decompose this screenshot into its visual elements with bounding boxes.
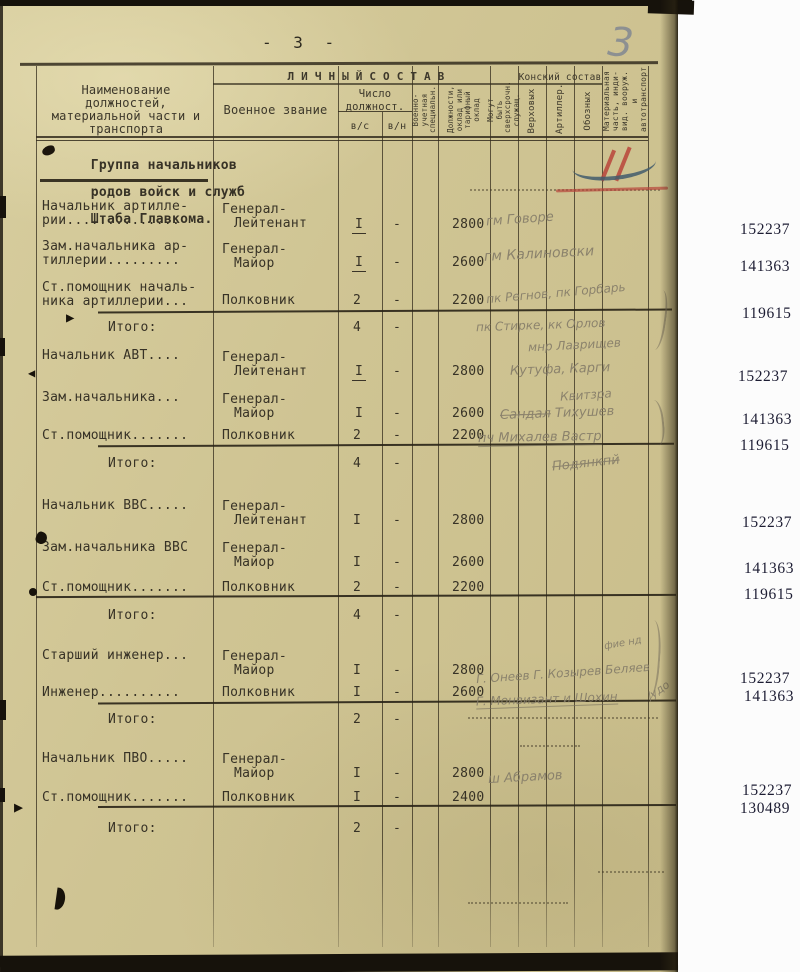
dotted-mark bbox=[468, 717, 658, 719]
total-vs: 2 bbox=[353, 713, 361, 727]
row-position: Ст.помощник....... bbox=[42, 581, 188, 595]
pencil-annotation: Сандал Тихушев bbox=[500, 404, 615, 423]
row-count-vn: - bbox=[393, 294, 401, 308]
paper-sheet: - 3 - 3 Наименование должностей, материа… bbox=[0, 0, 678, 972]
dotted-mark bbox=[520, 745, 580, 747]
row-position: Начальник ПВО..... bbox=[42, 752, 188, 766]
row-count-vn: - bbox=[393, 218, 401, 232]
row-rank: Генерал- bbox=[222, 203, 287, 217]
ink-blot bbox=[55, 887, 67, 910]
total-label: Итого: bbox=[108, 609, 157, 623]
row-position: Начальник ВВС..... bbox=[42, 499, 188, 513]
column-header-salary: Должности, оклад или тарифный оклад bbox=[438, 86, 490, 134]
section-separator bbox=[98, 308, 672, 313]
row-position: Зам.начальника ар-тиллерии......... bbox=[42, 240, 188, 267]
row-count-vn: - bbox=[393, 514, 401, 528]
row-position: Зам.начальника... bbox=[42, 391, 180, 405]
row-count-vn: - bbox=[393, 429, 401, 443]
total-vn: - bbox=[393, 713, 401, 727]
row-position: Ст.помощник....... bbox=[42, 429, 188, 443]
row-rank: Генерал- bbox=[222, 542, 287, 556]
row-count-vn: - bbox=[393, 664, 401, 678]
paper-edge-line bbox=[0, 6, 3, 956]
header-bottom-rule bbox=[36, 136, 648, 138]
row-count-vs: I bbox=[355, 256, 366, 272]
column-header-riding-horses: Верховых bbox=[518, 88, 546, 134]
pencil-annotation: фие нд bbox=[603, 635, 642, 652]
margin-number: 141363 bbox=[744, 560, 794, 578]
margin-number: 152237 bbox=[742, 782, 792, 800]
row-count-vs: I bbox=[353, 556, 361, 570]
row-count-vs: I bbox=[355, 218, 366, 234]
row-salary: 2800 bbox=[452, 514, 485, 528]
row-position: Старший инженер... bbox=[42, 649, 188, 663]
column-header-count-vs: в/с bbox=[338, 120, 382, 133]
row-salary: 2400 bbox=[452, 791, 485, 805]
row-count-vs: 2 bbox=[353, 294, 361, 308]
scan-edge-bottom bbox=[0, 952, 678, 972]
table-vline bbox=[338, 66, 339, 947]
margin-number: 152237 bbox=[740, 221, 790, 239]
row-count-vn: - bbox=[393, 767, 401, 781]
pencil-annotation: ш Абрамов bbox=[488, 768, 563, 787]
group-header-personnel: Л И Ч Н Ы Й С О С Т А В bbox=[216, 70, 516, 83]
table-vline bbox=[36, 66, 37, 947]
row-count-vs: 2 bbox=[353, 581, 361, 595]
row-count-vs: 2 bbox=[353, 429, 361, 443]
row-count-vn: - bbox=[393, 256, 401, 270]
row-rank: Майор bbox=[234, 556, 275, 570]
margin-number: 130489 bbox=[740, 800, 790, 818]
dotted-mark bbox=[598, 871, 664, 873]
row-salary: 2600 bbox=[452, 256, 485, 270]
total-label: Итого: bbox=[108, 713, 157, 727]
header-rule bbox=[338, 111, 412, 112]
margin-number: 119615 bbox=[740, 437, 790, 455]
ink-arrow: ◀ bbox=[28, 366, 35, 380]
margin-number: 119615 bbox=[744, 586, 794, 604]
group-title-line2: родов войск и служб bbox=[91, 185, 245, 200]
row-rank: Лейтенант bbox=[234, 365, 307, 379]
total-vn: - bbox=[393, 609, 401, 623]
row-rank: Майор bbox=[234, 407, 275, 421]
row-position: Инженер.......... bbox=[42, 686, 180, 700]
pencil-annotation: гм Говоре bbox=[486, 210, 555, 230]
column-header-extended-service: Могут быть сверхсрочн. служащ. bbox=[490, 86, 518, 134]
total-vn: - bbox=[393, 321, 401, 335]
row-rank: Генерал- bbox=[222, 351, 287, 365]
row-rank: Майор bbox=[234, 767, 275, 781]
table-vline bbox=[648, 66, 649, 947]
pencil-annotation: Подянкпй bbox=[551, 452, 620, 474]
row-count-vn: - bbox=[393, 365, 401, 379]
row-count-vs: I bbox=[355, 407, 363, 421]
row-count-vs: I bbox=[353, 791, 361, 805]
row-count-vn: - bbox=[393, 407, 401, 421]
row-rank: Генерал- bbox=[222, 753, 287, 767]
table-vline bbox=[490, 66, 491, 947]
row-rank: Полковник bbox=[222, 791, 295, 805]
row-salary: 2200 bbox=[452, 581, 485, 595]
row-position: Начальник артилле-рии.............. bbox=[42, 200, 188, 227]
total-vs: 4 bbox=[353, 609, 361, 623]
red-underline-mark bbox=[556, 187, 668, 193]
ink-blot bbox=[29, 588, 37, 596]
row-count-vs: I bbox=[355, 365, 366, 381]
pencil-annotation: гм Калиновски bbox=[484, 243, 595, 265]
margin-number: 141363 bbox=[742, 411, 792, 429]
total-vs: 2 bbox=[353, 822, 361, 836]
row-rank: Лейтенант bbox=[234, 217, 307, 231]
table-vline bbox=[574, 66, 575, 947]
row-count-vn: - bbox=[393, 581, 401, 595]
margin-number: 119615 bbox=[742, 305, 792, 323]
row-rank: Полковник bbox=[222, 429, 295, 443]
row-position: Ст.помощник....... bbox=[42, 791, 188, 805]
table-vline bbox=[518, 66, 519, 947]
total-vs: 4 bbox=[353, 457, 361, 471]
table-vline bbox=[438, 66, 439, 947]
row-count-vn: - bbox=[393, 686, 401, 700]
pencil-annotation: пк Регнов, пк Горбарь bbox=[486, 280, 626, 306]
row-salary: 2600 bbox=[452, 556, 485, 570]
row-rank: Генерал- bbox=[222, 243, 287, 257]
margin-number: 141363 bbox=[744, 688, 794, 706]
ink-arrow: ▶ bbox=[14, 798, 23, 816]
pencil-annotation: пч Михалев Вастр bbox=[478, 429, 602, 447]
row-rank: Полковник bbox=[222, 294, 295, 308]
total-label: Итого: bbox=[108, 321, 157, 335]
row-rank: Генерал- bbox=[222, 393, 287, 407]
table-vline bbox=[382, 112, 383, 947]
column-header-name: Наименование должностей, материальной ча… bbox=[40, 84, 212, 136]
row-rank: Майор bbox=[234, 664, 275, 678]
pencil-annotation: Квитзра bbox=[560, 386, 613, 404]
column-header-artillery-horses: Артиллер. bbox=[546, 88, 574, 134]
row-salary: 2200 bbox=[452, 294, 485, 308]
column-header-count-vn: в/н bbox=[382, 120, 412, 133]
total-label: Итого: bbox=[108, 457, 157, 471]
total-vn: - bbox=[393, 822, 401, 836]
row-position: Ст.помощник началь-ника артиллерии... bbox=[42, 281, 196, 308]
page-number-pencil: 3 bbox=[606, 19, 635, 67]
table-vline bbox=[602, 66, 603, 947]
row-position: Зам.начальника ВВС bbox=[42, 541, 188, 555]
pencil-annotation: Г. Монвизант и Шохин bbox=[476, 690, 618, 710]
column-header-rank: Военное звание bbox=[215, 104, 336, 117]
row-salary: 2800 bbox=[452, 365, 485, 379]
row-count-vn: - bbox=[393, 791, 401, 805]
row-count-vs: I bbox=[353, 767, 361, 781]
row-rank: Генерал- bbox=[222, 650, 287, 664]
row-rank: Полковник bbox=[222, 581, 295, 595]
table-vline bbox=[546, 66, 547, 947]
row-rank: Майор bbox=[234, 257, 275, 271]
table-vline bbox=[412, 66, 413, 947]
header-rule bbox=[213, 83, 602, 85]
page-number-typed: - 3 - bbox=[262, 36, 340, 50]
row-count-vs: I bbox=[353, 664, 361, 678]
dotted-mark bbox=[468, 902, 568, 904]
row-count-vs: I bbox=[353, 686, 361, 700]
total-vs: 4 bbox=[353, 321, 361, 335]
margin-number: 152237 bbox=[740, 670, 790, 688]
group-title-underline bbox=[40, 179, 208, 182]
total-vn: - bbox=[393, 457, 401, 471]
blue-check-curve bbox=[571, 146, 658, 185]
header-bottom-rule bbox=[36, 140, 648, 141]
row-count-vn: - bbox=[393, 556, 401, 570]
paper-right-edge bbox=[660, 0, 678, 972]
column-header-vus: Военно-учетная специальн. bbox=[412, 86, 438, 134]
pencil-annotation: пк Стирке, кк Орлов bbox=[476, 316, 606, 335]
row-salary: 2600 bbox=[452, 407, 485, 421]
column-header-materiel: Материальная часть, инди-вид. вооруж. и … bbox=[602, 67, 648, 134]
total-label: Итого: bbox=[108, 822, 157, 836]
row-rank: Лейтенант bbox=[234, 514, 307, 528]
pencil-annotation: Кутуфа, Карги bbox=[510, 360, 611, 378]
column-header-cart-horses: Обозных bbox=[574, 88, 602, 134]
row-salary: 2800 bbox=[452, 218, 485, 232]
pencil-annotation: Г. Онеев Г. Козырев Беляев bbox=[476, 660, 651, 686]
row-count-vs: I bbox=[353, 514, 361, 528]
document-scan: - 3 - 3 Наименование должностей, материа… bbox=[0, 0, 800, 972]
margin-number: 141363 bbox=[740, 258, 790, 276]
row-rank: Полковник bbox=[222, 686, 295, 700]
margin-number: 152237 bbox=[742, 514, 792, 532]
scan-edge-top bbox=[0, 0, 692, 6]
pencil-annotation: мнр Лаврищев bbox=[528, 336, 622, 355]
group-title-line1: Группа начальников bbox=[91, 158, 237, 173]
margin-number: 152237 bbox=[738, 368, 788, 386]
row-salary: 2800 bbox=[452, 767, 485, 781]
row-position: Начальник АВТ.... bbox=[42, 349, 180, 363]
row-rank: Генерал- bbox=[222, 500, 287, 514]
ink-arrow: ▶ bbox=[66, 310, 74, 326]
